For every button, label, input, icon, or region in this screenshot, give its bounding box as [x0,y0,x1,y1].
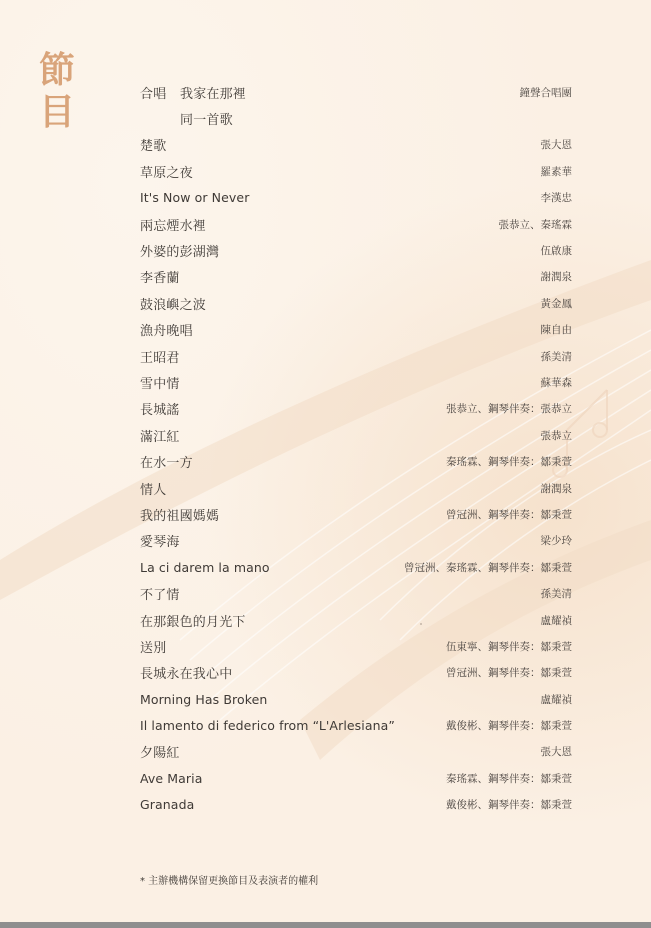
song-title: 送別 [140,637,166,656]
programme-row: 夕陽紅 張大恩 [140,739,572,765]
performer: 張大恩 [541,137,573,152]
programme-row: 在水一方 秦瑤霖、鋼琴伴奏：鄒秉萱 [140,448,572,474]
song-title: La ci darem la mano [140,560,270,575]
category-label: 合唱 [140,83,180,102]
performer: 陳自由 [541,322,573,337]
song-title: 愛琴海 [140,531,180,550]
song-title: 雪中情 [140,373,180,392]
programme-row: Granada 戴俊彬、鋼琴伴奏：鄒秉萱 [140,792,572,818]
performer: 謝潤泉 [541,481,573,496]
programme-row: 愛琴海 梁少玲 [140,528,572,554]
performer: 張大恩 [541,744,573,759]
programme-row: La ci darem la mano 曾冠洲、秦瑤霖、鋼琴伴奏：鄒秉萱 [140,554,572,580]
programme-row: 鼓浪嶼之波 黃金鳳 [140,290,572,316]
programme-row: 在那銀色的月光下 盧耀禎 [140,607,572,633]
song-title: 在那銀色的月光下 [140,611,246,630]
footnote: * 主辦機構保留更換節目及表演者的權利 [140,872,318,887]
performer: 黃金鳳 [541,296,573,311]
page-bottom-edge [0,922,651,928]
performer: 曾冠洲、秦瑤霖、鋼琴伴奏：鄒秉萱 [404,560,572,575]
song-title: 情人 [140,479,166,498]
programme-row: 雪中情 蘇華森 [140,369,572,395]
performer: 盧耀禎 [541,692,573,707]
performer: 盧耀禎 [541,613,573,628]
programme-row: 草原之夜 羅素華 [140,158,572,184]
song-title: 外婆的彭湖灣 [140,241,219,260]
programme-row: Il lamento di federico from “L'Arlesiana… [140,712,572,738]
performer: 羅素華 [541,164,573,179]
programme-page: 節 目 合唱我家在那裡 鐘聲合唱團 同一首歌 楚歌 張大恩 草原之夜 羅素華 I… [0,0,651,922]
programme-row: 漁舟晚唱 陳自由 [140,317,572,343]
song-title: 長城永在我心中 [140,663,232,682]
song-title: 漁舟晚唱 [140,320,193,339]
song-title: 不了情 [140,584,180,603]
programme-row: 李香蘭 謝潤泉 [140,264,572,290]
song-title: 長城謠 [140,399,180,418]
performer: 張恭立 [541,428,573,443]
song-title: It's Now or Never [140,190,249,205]
programme-row: It's Now or Never 李漢忠 [140,185,572,211]
performer: 秦瑤霖、鋼琴伴奏：鄒秉萱 [446,454,572,469]
programme-row: 長城永在我心中 曾冠洲、鋼琴伴奏：鄒秉萱 [140,660,572,686]
performer: 張恭立、鋼琴伴奏：張恭立 [446,401,572,416]
performer: 伍啟康 [541,243,573,258]
song-name: 我家在那裡 [180,87,246,102]
song-title: 我的祖國媽媽 [140,505,219,524]
programme-row: Ave Maria 秦瑤霖、鋼琴伴奏：鄒秉萱 [140,765,572,791]
programme-row: 長城謠 張恭立、鋼琴伴奏：張恭立 [140,396,572,422]
song-title: Granada [140,797,194,812]
performer: 戴俊彬、鋼琴伴奏：鄒秉萱 [446,797,572,812]
performer: 伍東寧、鋼琴伴奏：鄒秉萱 [446,639,572,654]
song-title: 在水一方 [140,452,193,471]
performer: 孫美清 [541,349,573,364]
song-title: 王昭君 [140,347,180,366]
performer: 曾冠洲、鋼琴伴奏：鄒秉萱 [446,507,572,522]
performer: 孫美清 [541,586,573,601]
performer: 秦瑤霖、鋼琴伴奏：鄒秉萱 [446,771,572,786]
performer: 謝潤泉 [541,269,573,284]
programme-list: 合唱我家在那裡 鐘聲合唱團 同一首歌 楚歌 張大恩 草原之夜 羅素華 It's … [140,79,572,818]
performer: 張恭立、秦瑤霖 [499,217,573,232]
programme-row: 同一首歌 [140,105,572,131]
programme-row: 不了情 孫美清 [140,580,572,606]
song-title: Ave Maria [140,771,203,786]
performer: 戴俊彬、鋼琴伴奏：鄒秉萱 [446,718,572,733]
speck-decoration [420,623,422,625]
programme-row: 楚歌 張大恩 [140,132,572,158]
song-title: 滿江紅 [140,426,180,445]
programme-row: 兩忘煙水裡 張恭立、秦瑤霖 [140,211,572,237]
programme-row: 王昭君 孫美清 [140,343,572,369]
programme-row: 合唱我家在那裡 鐘聲合唱團 [140,79,572,105]
performer: 曾冠洲、鋼琴伴奏：鄒秉萱 [446,665,572,680]
programme-row: 情人 謝潤泉 [140,475,572,501]
song-title: 楚歌 [140,135,166,154]
song-title: 鼓浪嶼之波 [140,294,206,313]
programme-row: 滿江紅 張恭立 [140,422,572,448]
song-title: Il lamento di federico from “L'Arlesiana… [140,718,395,733]
song-title: 草原之夜 [140,162,193,181]
performer: 李漢忠 [541,190,573,205]
programme-row: 送別 伍東寧、鋼琴伴奏：鄒秉萱 [140,633,572,659]
programme-row: Morning Has Broken 盧耀禎 [140,686,572,712]
song-title: 同一首歌 [140,109,233,128]
page-title-char-2: 目 [37,92,77,132]
song-title: Morning Has Broken [140,692,267,707]
song-title: 夕陽紅 [140,742,180,761]
song-title: 李香蘭 [140,267,180,286]
programme-row: 我的祖國媽媽 曾冠洲、鋼琴伴奏：鄒秉萱 [140,501,572,527]
song-title: 兩忘煙水裡 [140,215,206,234]
song-title: 合唱我家在那裡 [140,83,246,102]
performer: 梁少玲 [541,533,573,548]
page-title-char-1: 節 [37,50,77,90]
performer: 蘇華森 [541,375,573,390]
performer: 鐘聲合唱團 [520,85,573,100]
programme-row: 外婆的彭湖灣 伍啟康 [140,237,572,263]
